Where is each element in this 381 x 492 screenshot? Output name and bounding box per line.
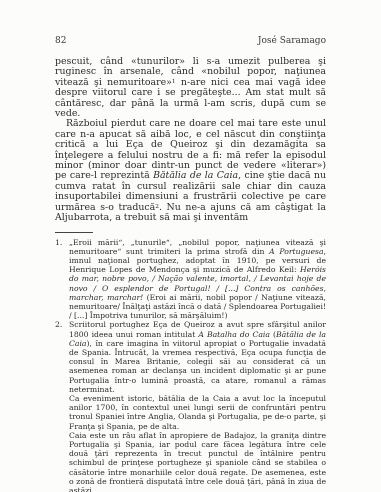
footnote-paragraph: Ca eveniment istoric, bătălia de la Caia…	[69, 394, 326, 431]
body-paragraph: Războiul pierdut care ne doare cel mai t…	[55, 119, 326, 223]
footnote: 1. „Eroii mării“, „tunurile“, „nobilul p…	[55, 238, 326, 321]
footnote-separator-rule	[55, 232, 93, 233]
footnote: 2. Scriitorul portughez Eça de Queiroz a…	[55, 320, 326, 492]
footnote-paragraph: Caia este un râu aflat în apropiere de B…	[69, 431, 326, 492]
running-head-author: José Saramago	[258, 36, 326, 46]
footnote-marker: 2.	[55, 320, 69, 492]
body-text: pescuit, când «tunurilor» li s-a umezit …	[55, 57, 326, 224]
book-page: 82 José Saramago pescuit, când «tunurilo…	[0, 0, 381, 492]
text-block: 82 José Saramago pescuit, când «tunurilo…	[55, 36, 326, 492]
footnote-text: „Eroii mării“, „tunurile“, „nobilul popo…	[69, 238, 326, 321]
footnote-text: Scriitorul portughez Eça de Queiroz a av…	[69, 320, 326, 492]
body-paragraph: pescuit, când «tunurilor» li s-a umezit …	[55, 57, 326, 119]
footnotes-section: 1. „Eroii mării“, „tunurile“, „nobilul p…	[55, 238, 326, 492]
footnote-paragraph: Scriitorul portughez Eça de Queiroz a av…	[69, 320, 326, 394]
footnote-marker: 1.	[55, 238, 69, 321]
page-number: 82	[55, 36, 66, 46]
running-header: 82 José Saramago	[55, 36, 326, 46]
footnote-paragraph: „Eroii mării“, „tunurile“, „nobilul popo…	[69, 238, 326, 321]
